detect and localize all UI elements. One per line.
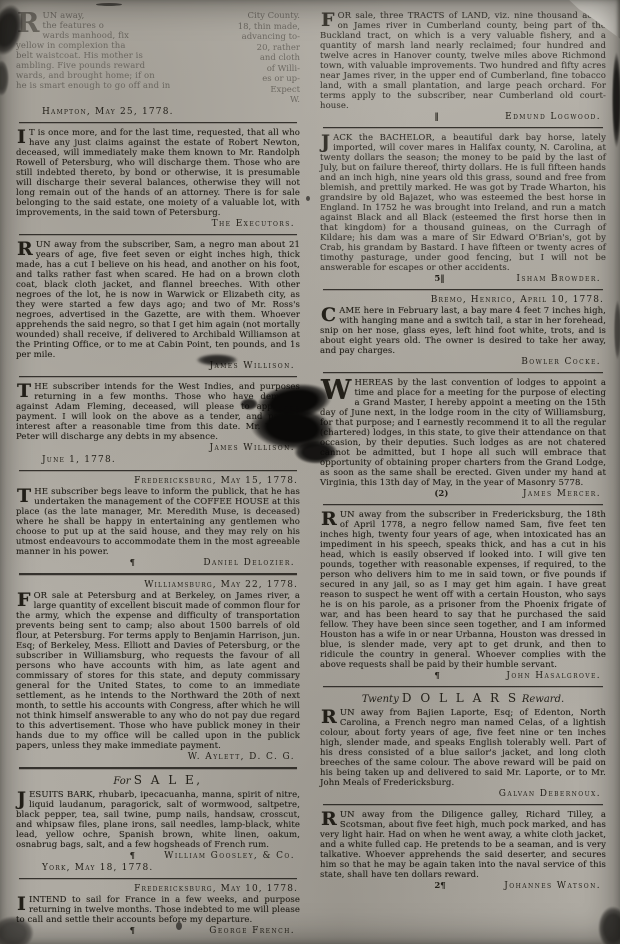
ad-body-wrap: FOR sale at Petersburg and at Berkeley, … bbox=[16, 591, 300, 751]
ad-body: UN away from the subscriber, Sam, a negr… bbox=[16, 240, 300, 360]
ad-dropcap: R bbox=[320, 810, 340, 827]
ad-body-wrap: RUN away from Bajien Laporte, Esq; of Ed… bbox=[320, 708, 606, 788]
ad-dropcap: F bbox=[16, 591, 34, 608]
section-divider bbox=[19, 122, 297, 123]
section-divider bbox=[323, 804, 603, 805]
ad-signature-line: ¶John Hasalgrove. bbox=[320, 671, 606, 682]
ad-body-wrap: THE subscriber begs leave to inform the … bbox=[16, 487, 300, 557]
ad-signature: George French. bbox=[209, 926, 300, 937]
ad-dateline: Fredericksburg, May 15, 1778. bbox=[16, 476, 300, 487]
ad-signature-line: W. Aylett, D. C. G. bbox=[16, 752, 300, 763]
ad-body-wrap: RUN away from the subscriber in Frederic… bbox=[320, 510, 606, 670]
ad-runaway-sam-fredericksburg: RUN away from the subscriber in Frederic… bbox=[320, 510, 606, 682]
ad-masons-convention: WHEREAS by the last convention of lodges… bbox=[320, 378, 606, 500]
ad-signature: W. Aylett, D. C. G. bbox=[188, 752, 300, 763]
ad-jesuits-bark: For S A L E, JESUITS BARK, rhubarb, ipec… bbox=[16, 774, 300, 874]
section-divider bbox=[323, 127, 603, 128]
ad-body-wrap: RUN away from the Diligence galley, Rich… bbox=[320, 810, 606, 880]
ad-heading-post: Reward. bbox=[522, 694, 564, 705]
ad-estate-newton: IT is once more, and for the last time, … bbox=[16, 128, 300, 230]
ad-biscuit-flour: Williamsburg, May 22, 1778. FOR sale at … bbox=[16, 580, 300, 763]
ad-body-wrap: FOR sale, three TRACTS of LAND, viz. nin… bbox=[320, 11, 606, 111]
ad-heading-main: S A L E, bbox=[134, 773, 203, 787]
ad-signature-mark: 2¶ bbox=[434, 881, 445, 892]
ad-fragment: City County. 18, thin made, advancing to… bbox=[201, 11, 300, 106]
ad-signature-line: ¶George French. bbox=[16, 926, 300, 937]
ad-signature-line: Bowler Cocke. bbox=[320, 357, 606, 368]
ad-signature: James Willison. bbox=[209, 443, 300, 454]
ad-heading: Twenty D O L L A R S Reward. bbox=[320, 692, 606, 706]
ad-body: UN away from the subscriber in Frederick… bbox=[320, 510, 606, 670]
ad-signature-line: Galvan Debernoux. bbox=[320, 789, 606, 800]
ad-signature: Galvan Debernoux. bbox=[499, 789, 606, 800]
ad-signature-line: 5‖Isham Browder. bbox=[320, 274, 606, 285]
section-divider bbox=[19, 234, 297, 235]
section-divider bbox=[19, 470, 297, 471]
ad-body: ACK the BACHELOR, a beautiful dark bay h… bbox=[320, 133, 606, 273]
ad-signature: Edmund Logwood. bbox=[505, 112, 606, 123]
ad-body: OR sale, three TRACTS of LAND, viz. nine… bbox=[320, 11, 606, 111]
ad-signature-line: ¶Daniel Delozier. bbox=[16, 558, 300, 569]
ad-dropcap: C bbox=[320, 306, 339, 323]
ad-body: HE subscriber begs leave to inform the p… bbox=[16, 487, 300, 557]
ad-signature: Isham Browder. bbox=[516, 274, 606, 285]
ad-signature-line: 2¶Johannes Watson. bbox=[320, 881, 606, 892]
ad-runaway-sam-cabin-point: RUN away from the subscriber, Sam, a neg… bbox=[16, 240, 300, 372]
ad-signature-mark: (2) bbox=[434, 489, 448, 500]
edge-smudge bbox=[0, 60, 9, 96]
ad-dropcap: W bbox=[320, 378, 354, 403]
paper-speck bbox=[306, 196, 310, 201]
ad-signature: James Mercer. bbox=[523, 489, 606, 500]
ad-body-wrap: JESUITS BARK, rhubarb, ipecacuanha, mann… bbox=[16, 790, 300, 850]
ad-dateline: Williamsburg, May 22, 1778. bbox=[16, 580, 300, 591]
section-divider bbox=[19, 376, 297, 377]
ad-body: AME here in February last, a bay mare 4 … bbox=[320, 306, 606, 356]
right-column: FOR sale, three TRACTS of LAND, viz. nin… bbox=[320, 10, 606, 894]
ad-signature: Johannes Watson. bbox=[504, 881, 606, 892]
ad-stray-mare-bremo: Bremo, Henrico, April 10, 1778. CAME her… bbox=[320, 295, 606, 368]
ad-signature-line: ‖Edmund Logwood. bbox=[320, 112, 606, 123]
ad-dropcap: I bbox=[16, 128, 29, 145]
ad-body: HEREAS by the last convention of lodges … bbox=[320, 378, 606, 488]
section-divider bbox=[323, 686, 603, 687]
ad-body-wrap: RUN away, the features o wards manhood, … bbox=[16, 11, 192, 106]
edge-smudge bbox=[598, 906, 620, 944]
ad-signature-line: James Willison. bbox=[16, 443, 300, 454]
ad-dropcap: J bbox=[16, 790, 29, 807]
ad-signature-mark: 5‖ bbox=[434, 274, 444, 285]
section-divider bbox=[323, 372, 603, 373]
ad-deserter-diligence-galley: RUN away from the Diligence galley, Rich… bbox=[320, 810, 606, 892]
ad-signature-mark: ‖ bbox=[434, 112, 438, 123]
ad-dropcap: F bbox=[320, 11, 338, 28]
ad-dropcap: T bbox=[16, 487, 34, 504]
ad-heading-pre: For bbox=[113, 776, 130, 787]
ad-body: HE subscriber intends for the West Indie… bbox=[16, 382, 300, 442]
ad-dateline: Fredericksburg, May 10, 1778. bbox=[16, 884, 300, 895]
section-divider bbox=[19, 878, 297, 879]
ad-dropcap: J bbox=[320, 133, 333, 150]
ad-damaged-row: RUN away, the features o wards manhood, … bbox=[16, 11, 300, 106]
section-divider bbox=[19, 573, 297, 575]
ad-dropcap: I bbox=[16, 895, 29, 912]
ad-footer: Hampton, May 25, 1778. bbox=[16, 107, 300, 118]
ad-signature-mark: ¶ bbox=[130, 926, 135, 937]
ad-footer: York, May 18, 1778. bbox=[16, 863, 300, 874]
ad-heading-main: D O L L A R S bbox=[402, 691, 519, 705]
ad-body: UN away from the Diligence galley, Richa… bbox=[320, 810, 606, 880]
ad-body: T is once more, and for the last time, r… bbox=[16, 128, 300, 218]
edge-smudge bbox=[612, 52, 620, 148]
ad-body-wrap: CAME here in February last, a bay mare 4… bbox=[320, 306, 606, 356]
ad-runaway-hampton: RUN away, the features o wards manhood, … bbox=[16, 11, 300, 118]
ad-heading: For S A L E, bbox=[16, 774, 300, 788]
ad-three-tracts-land: FOR sale, three TRACTS of LAND, viz. nin… bbox=[320, 11, 606, 123]
ad-signature: William Goosley, & Co. bbox=[164, 851, 300, 862]
ad-signature-line: James Willison. bbox=[16, 361, 300, 372]
ad-body: UN away from Bajien Laporte, Esq; of Ede… bbox=[320, 708, 606, 788]
ad-footer: June 1, 1778. bbox=[16, 455, 300, 466]
ad-body-wrap: THE subscriber intends for the West Indi… bbox=[16, 382, 300, 442]
ad-signature-line: The Executors. bbox=[16, 219, 300, 230]
ad-twenty-dollars-reward: Twenty D O L L A R S Reward. RUN away fr… bbox=[320, 692, 606, 800]
ad-dropcap: R bbox=[320, 510, 340, 527]
paper-speck bbox=[96, 3, 122, 6]
ad-dropcap: R bbox=[320, 708, 340, 725]
ad-body-wrap: IINTEND to sail for France in a few week… bbox=[16, 895, 300, 925]
edge-smudge bbox=[614, 300, 620, 360]
ad-signature: Bowler Cocke. bbox=[521, 357, 606, 368]
ad-west-indies: THE subscriber intends for the West Indi… bbox=[16, 382, 300, 466]
ad-coffee-house: Fredericksburg, May 15, 1778. THE subscr… bbox=[16, 476, 300, 569]
ad-dropcap: T bbox=[16, 382, 34, 399]
ad-signature-mark: ¶ bbox=[434, 671, 439, 682]
ad-dateline: Bremo, Henrico, April 10, 1778. bbox=[320, 295, 606, 306]
ad-signature: John Hasalgrove. bbox=[506, 671, 606, 682]
left-column: RUN away, the features o wards manhood, … bbox=[16, 10, 300, 939]
ad-body: INTEND to sail for France in a few weeks… bbox=[16, 895, 300, 925]
ad-body: ESUITS BARK, rhubarb, ipecacuanha, manna… bbox=[16, 790, 300, 850]
ad-heading-pre: Twenty bbox=[362, 694, 399, 705]
ad-signature-line: (2)James Mercer. bbox=[320, 489, 606, 500]
section-divider bbox=[19, 767, 297, 769]
ad-body: OR sale at Petersburg and at Berkeley, o… bbox=[16, 591, 300, 751]
ad-dropcap: R bbox=[16, 240, 36, 257]
ad-signature-line: ¶William Goosley, & Co. bbox=[16, 851, 300, 862]
ad-signature-mark: ¶ bbox=[130, 851, 135, 862]
ad-jack-the-bachelor: JACK the BACHELOR, a beautiful dark bay … bbox=[320, 133, 606, 285]
newspaper-page: RUN away, the features o wards manhood, … bbox=[0, 0, 620, 944]
section-divider bbox=[323, 504, 603, 505]
ad-body-wrap: IT is once more, and for the last time, … bbox=[16, 128, 300, 218]
ad-body-wrap: RUN away from the subscriber, Sam, a neg… bbox=[16, 240, 300, 360]
ad-signature-mark: ¶ bbox=[130, 558, 135, 569]
ad-dropcap: R bbox=[16, 11, 43, 36]
ad-body-wrap: WHEREAS by the last convention of lodges… bbox=[320, 378, 606, 488]
ad-signature: James Willison. bbox=[209, 361, 300, 372]
ad-signature: Daniel Delozier. bbox=[203, 558, 300, 569]
section-divider bbox=[323, 289, 603, 290]
ad-signature: The Executors. bbox=[212, 219, 300, 230]
ad-sail-for-france: Fredericksburg, May 10, 1778. IINTEND to… bbox=[16, 884, 300, 937]
ad-body-wrap: JACK the BACHELOR, a beautiful dark bay … bbox=[320, 133, 606, 273]
